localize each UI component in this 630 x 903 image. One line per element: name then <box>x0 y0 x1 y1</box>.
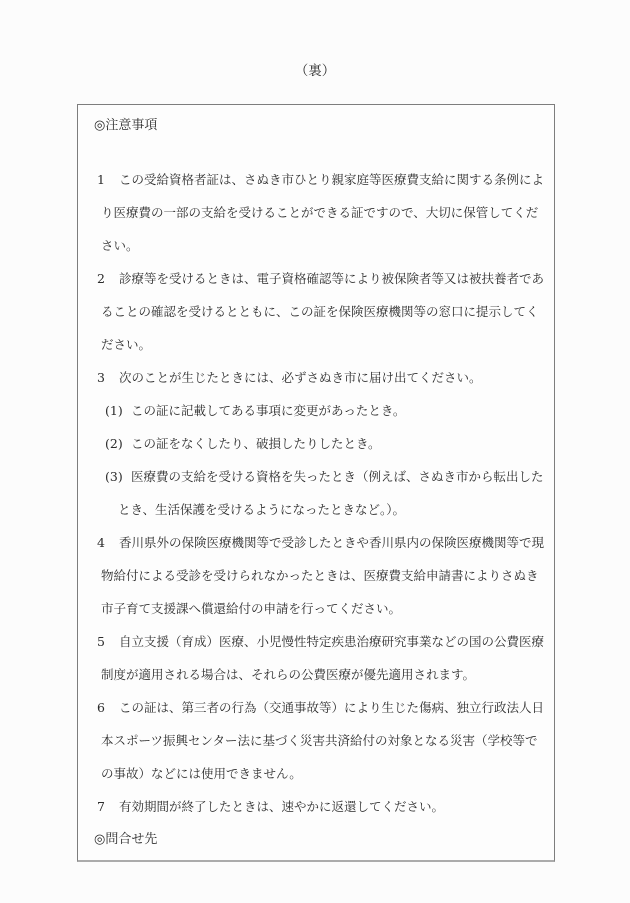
notice-item-2: 2診療等を受けるときは、電子資格確認等により被保険者等又は被扶養者であ ることの… <box>94 262 542 361</box>
item-text: 市子育て支援課へ償還給付の申請を行ってください。 <box>94 592 542 625</box>
notice-item-5: 5自立支援（育成）医療、小児慢性特定疾患治療研究事業などの国の公費医療 制度が適… <box>94 625 542 691</box>
notice-heading: ◎注意事項 <box>94 109 542 142</box>
item-line: 6この証は、第三者の行為（交通事故等）により生じた傷病、独立行政法人日 <box>94 691 542 724</box>
item-number: 1 <box>94 163 119 196</box>
notice-item-1: 1この受給資格者証は、さぬき市ひとり親家庭等医療費支給に関する条例によ り医療費… <box>94 163 542 262</box>
subitem-text: とき、生活保護を受けるようになったときなど。）。 <box>94 493 542 526</box>
subitem-line: (2)この証をなくしたり、破損したりしたとき。 <box>94 427 542 460</box>
item-text: ださい。 <box>94 328 542 361</box>
notice-box: ◎注意事項 1この受給資格者証は、さぬき市ひとり親家庭等医療費支給に関する条例に… <box>77 104 555 862</box>
subitem-line: (3)医療費の支給を受ける資格を失ったとき（例えば、さぬき市から転出した <box>94 460 542 493</box>
item-text: さい。 <box>94 229 542 262</box>
notice-item-4: 4香川県外の保険医療機関等で受診したときや香川県内の保険医療機関等で現 物給付に… <box>94 526 542 625</box>
item-text: の事故）などには使用できません。 <box>94 757 542 790</box>
item-text: 次のことが生じたときには、必ずさぬき市に届け出てください。 <box>119 370 482 385</box>
notice-item-6: 6この証は、第三者の行為（交通事故等）により生じた傷病、独立行政法人日 本スポー… <box>94 691 542 790</box>
item-line: 1この受給資格者証は、さぬき市ひとり親家庭等医療費支給に関する条例によ <box>94 163 542 196</box>
item-text: 香川県外の保険医療機関等で受診したときや香川県内の保険医療機関等で現 <box>119 535 544 550</box>
item-number: 7 <box>94 790 119 823</box>
item-number: 5 <box>94 625 119 658</box>
subitem-number: (2) <box>94 427 131 460</box>
item-text: 物給付による受診を受けられなかったときは、医療費支給申請書によりさぬき <box>94 559 542 592</box>
notice-item-3: 3次のことが生じたときには、必ずさぬき市に届け出てください。 (1)この証に記載… <box>94 361 542 526</box>
item-text: この証は、第三者の行為（交通事故等）により生じた傷病、独立行政法人日 <box>119 700 544 715</box>
notice-item-7: 7有効期間が終了したときは、速やかに返還してください。 <box>94 790 542 823</box>
item-text: ることの確認を受けるとともに、この証を保険医療機関等の窓口に提示してく <box>94 295 542 328</box>
item-number: 3 <box>94 361 119 394</box>
item-line: 5自立支援（育成）医療、小児慢性特定疾患治療研究事業などの国の公費医療 <box>94 625 542 658</box>
inquiry-heading: ◎問合せ先 <box>94 823 542 856</box>
item-line: 2診療等を受けるときは、電子資格確認等により被保険者等又は被扶養者であ <box>94 262 542 295</box>
item-text: 診療等を受けるときは、電子資格確認等により被保険者等又は被扶養者であ <box>119 271 544 286</box>
item-number: 6 <box>94 691 119 724</box>
subitem-text: この証をなくしたり、破損したりしたとき。 <box>131 436 381 451</box>
item-text: 有効期間が終了したときは、速やかに返還してください。 <box>119 799 444 814</box>
page-side-label: （裏） <box>0 61 630 81</box>
subitem-text: 医療費の支給を受ける資格を失ったとき（例えば、さぬき市から転出した <box>131 469 544 484</box>
subitem-text: この証に記載してある事項に変更があったとき。 <box>131 403 405 418</box>
item-text: 本スポーツ振興センター法に基づく災害共済給付の対象となる災害（学校等で <box>94 724 542 757</box>
item-text: この受給資格者証は、さぬき市ひとり親家庭等医療費支給に関する条例によ <box>119 172 544 187</box>
item-line: 7有効期間が終了したときは、速やかに返還してください。 <box>94 790 542 823</box>
item-line: 4香川県外の保険医療機関等で受診したときや香川県内の保険医療機関等で現 <box>94 526 542 559</box>
subitem-number: (3) <box>94 460 131 493</box>
item-number: 2 <box>94 262 119 295</box>
notice-items: 1この受給資格者証は、さぬき市ひとり親家庭等医療費支給に関する条例によ り医療費… <box>94 163 542 823</box>
subitem-number: (1) <box>94 394 131 427</box>
subitem-line: (1)この証に記載してある事項に変更があったとき。 <box>94 394 542 427</box>
item-text: 自立支援（育成）医療、小児慢性特定疾患治療研究事業などの国の公費医療 <box>119 634 544 649</box>
item-line: 3次のことが生じたときには、必ずさぬき市に届け出てください。 <box>94 361 542 394</box>
item-text: 制度が適用される場合は、それらの公費医療が優先適用されます。 <box>94 658 542 691</box>
item-text: り医療費の一部の支給を受けることができる証ですので、大切に保管してくだ <box>94 196 542 229</box>
item-number: 4 <box>94 526 119 559</box>
